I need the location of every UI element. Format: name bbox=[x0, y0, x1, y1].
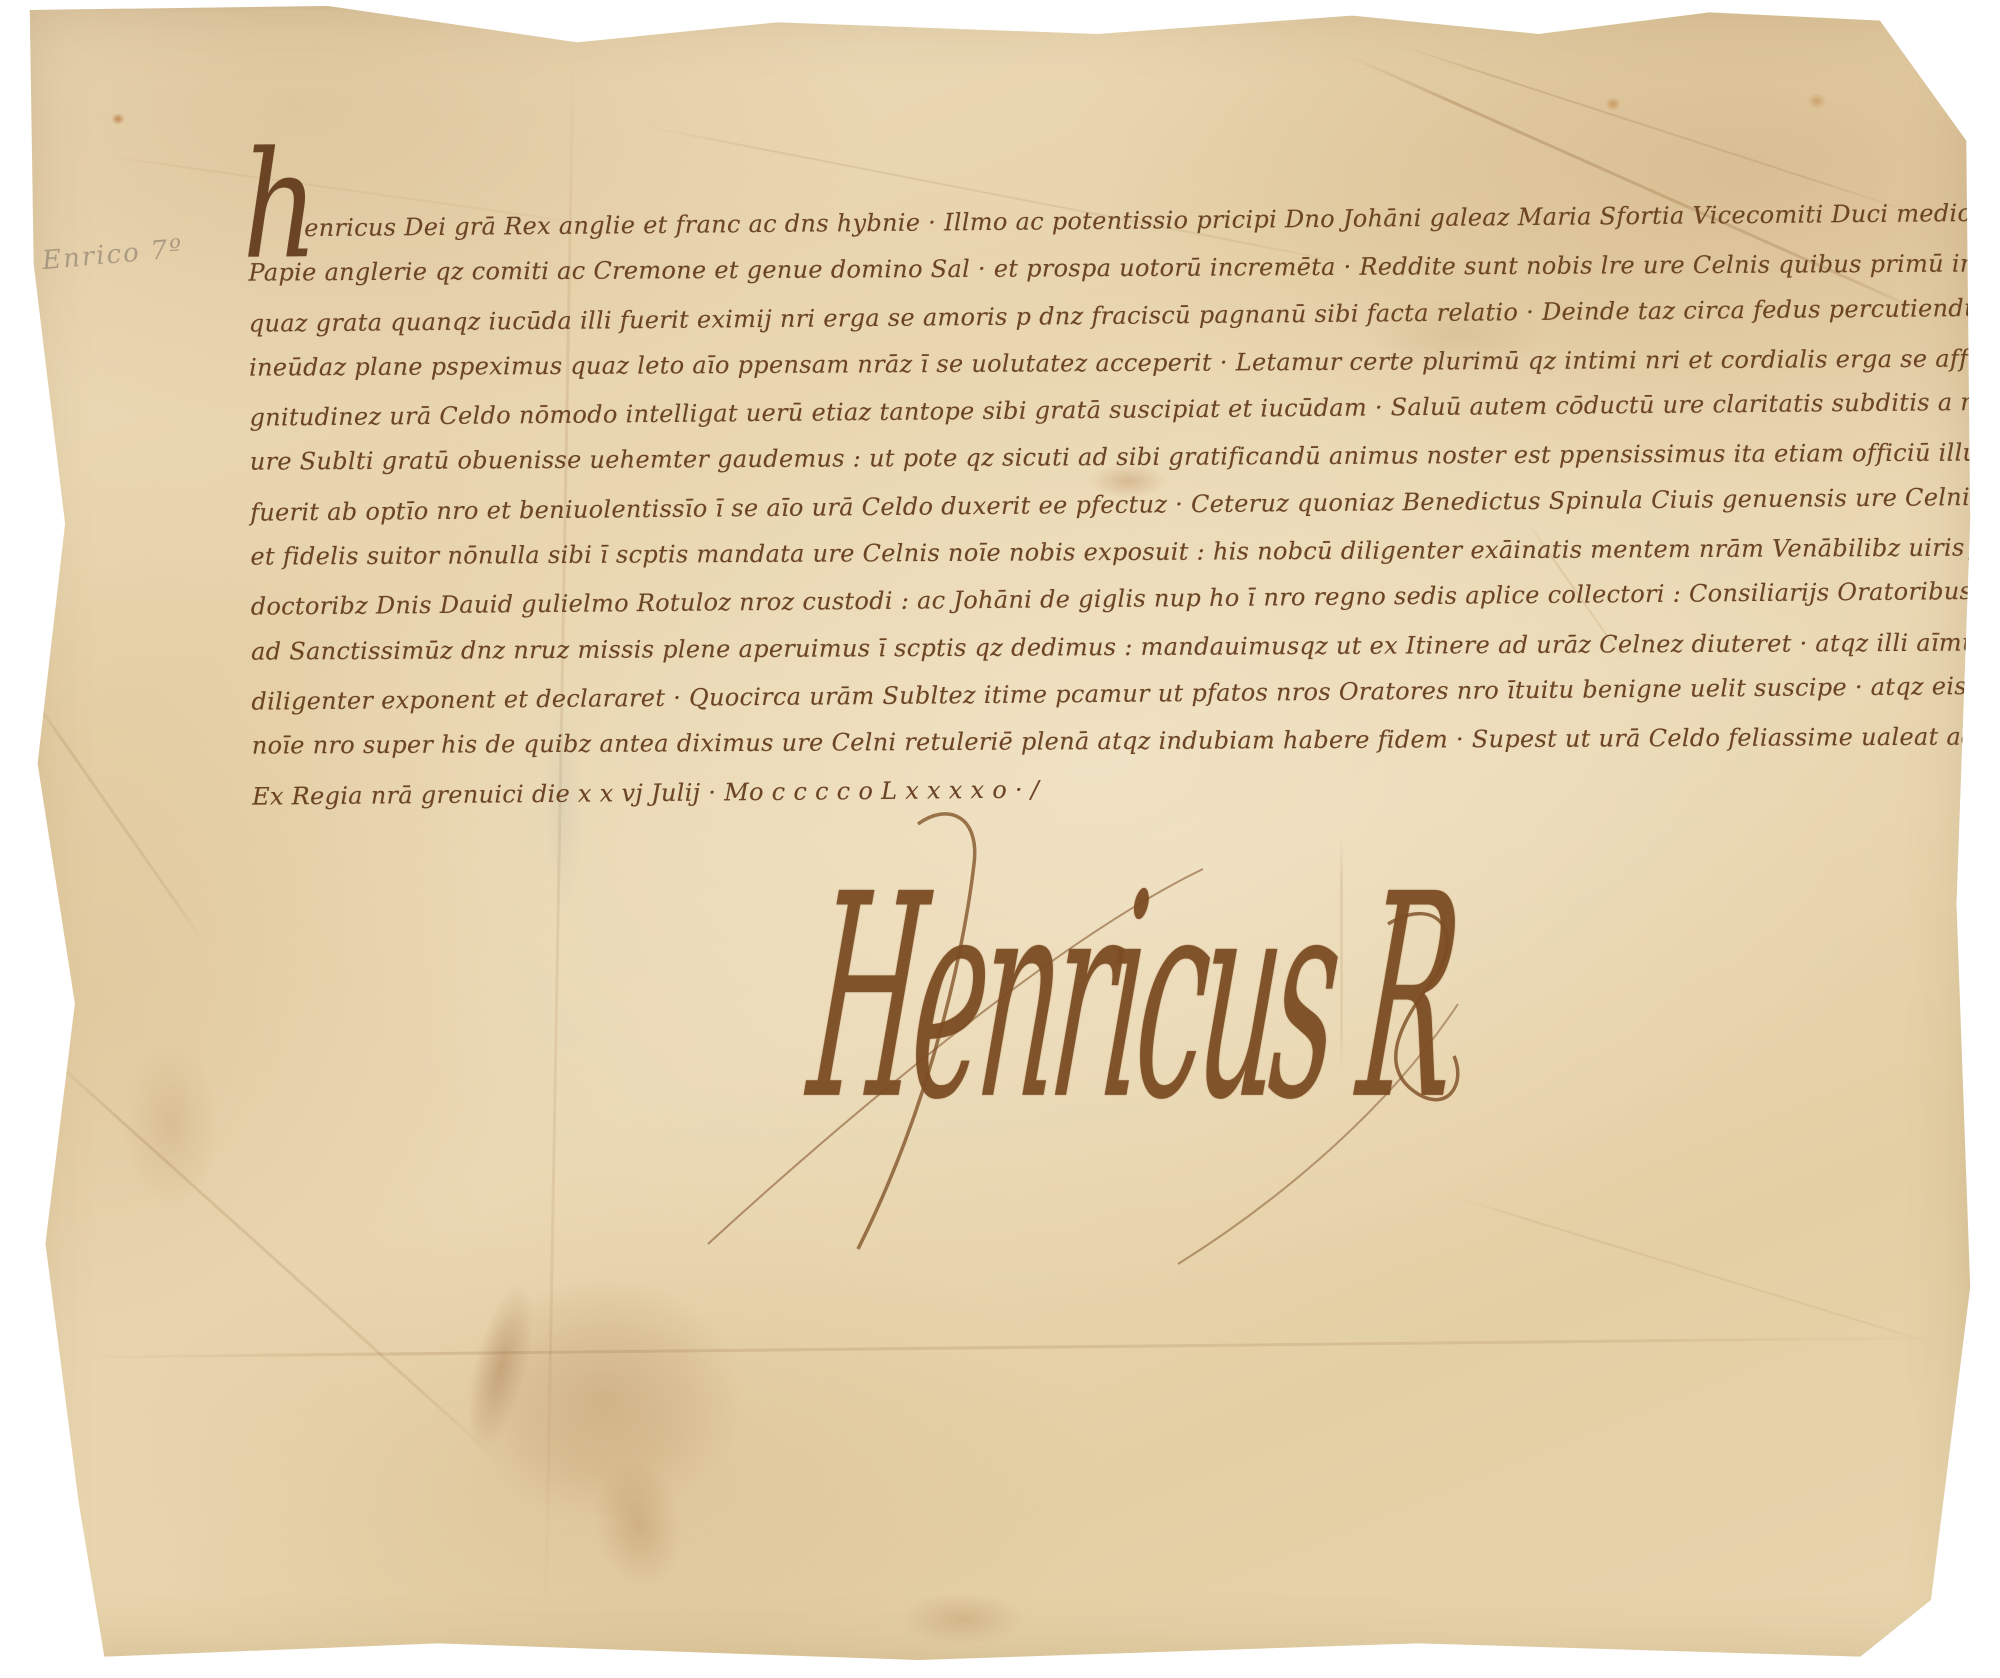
stain-mark bbox=[110, 112, 126, 126]
scanned-document-page: Enrico 7º henricus Dei grā Rex anglie et… bbox=[0, 0, 2000, 1678]
stain-mark bbox=[106, 1014, 236, 1234]
royal-signature: Henricus R bbox=[618, 794, 1578, 1294]
stain-mark bbox=[878, 1584, 1048, 1654]
crease-line bbox=[30, 694, 204, 941]
manuscript-line-text: enricus Dei grā Rex anglie et franc ac d… bbox=[304, 198, 2000, 242]
stain-mark bbox=[1604, 96, 1622, 112]
stain-mark bbox=[563, 1425, 712, 1623]
crease-line bbox=[36, 1044, 498, 1461]
crease-line bbox=[1397, 44, 1911, 213]
crease-line bbox=[68, 1336, 1948, 1359]
parchment-sheet: Enrico 7º henricus Dei grā Rex anglie et… bbox=[18, 4, 1980, 1670]
stain-mark bbox=[1806, 92, 1828, 110]
signature-text: Henricus R bbox=[800, 834, 1464, 1161]
margin-note: Enrico 7º bbox=[41, 234, 185, 276]
stain-mark bbox=[439, 1247, 563, 1487]
manuscript-text-block: henricus Dei grā Rex anglie et franc ac … bbox=[248, 193, 1852, 819]
